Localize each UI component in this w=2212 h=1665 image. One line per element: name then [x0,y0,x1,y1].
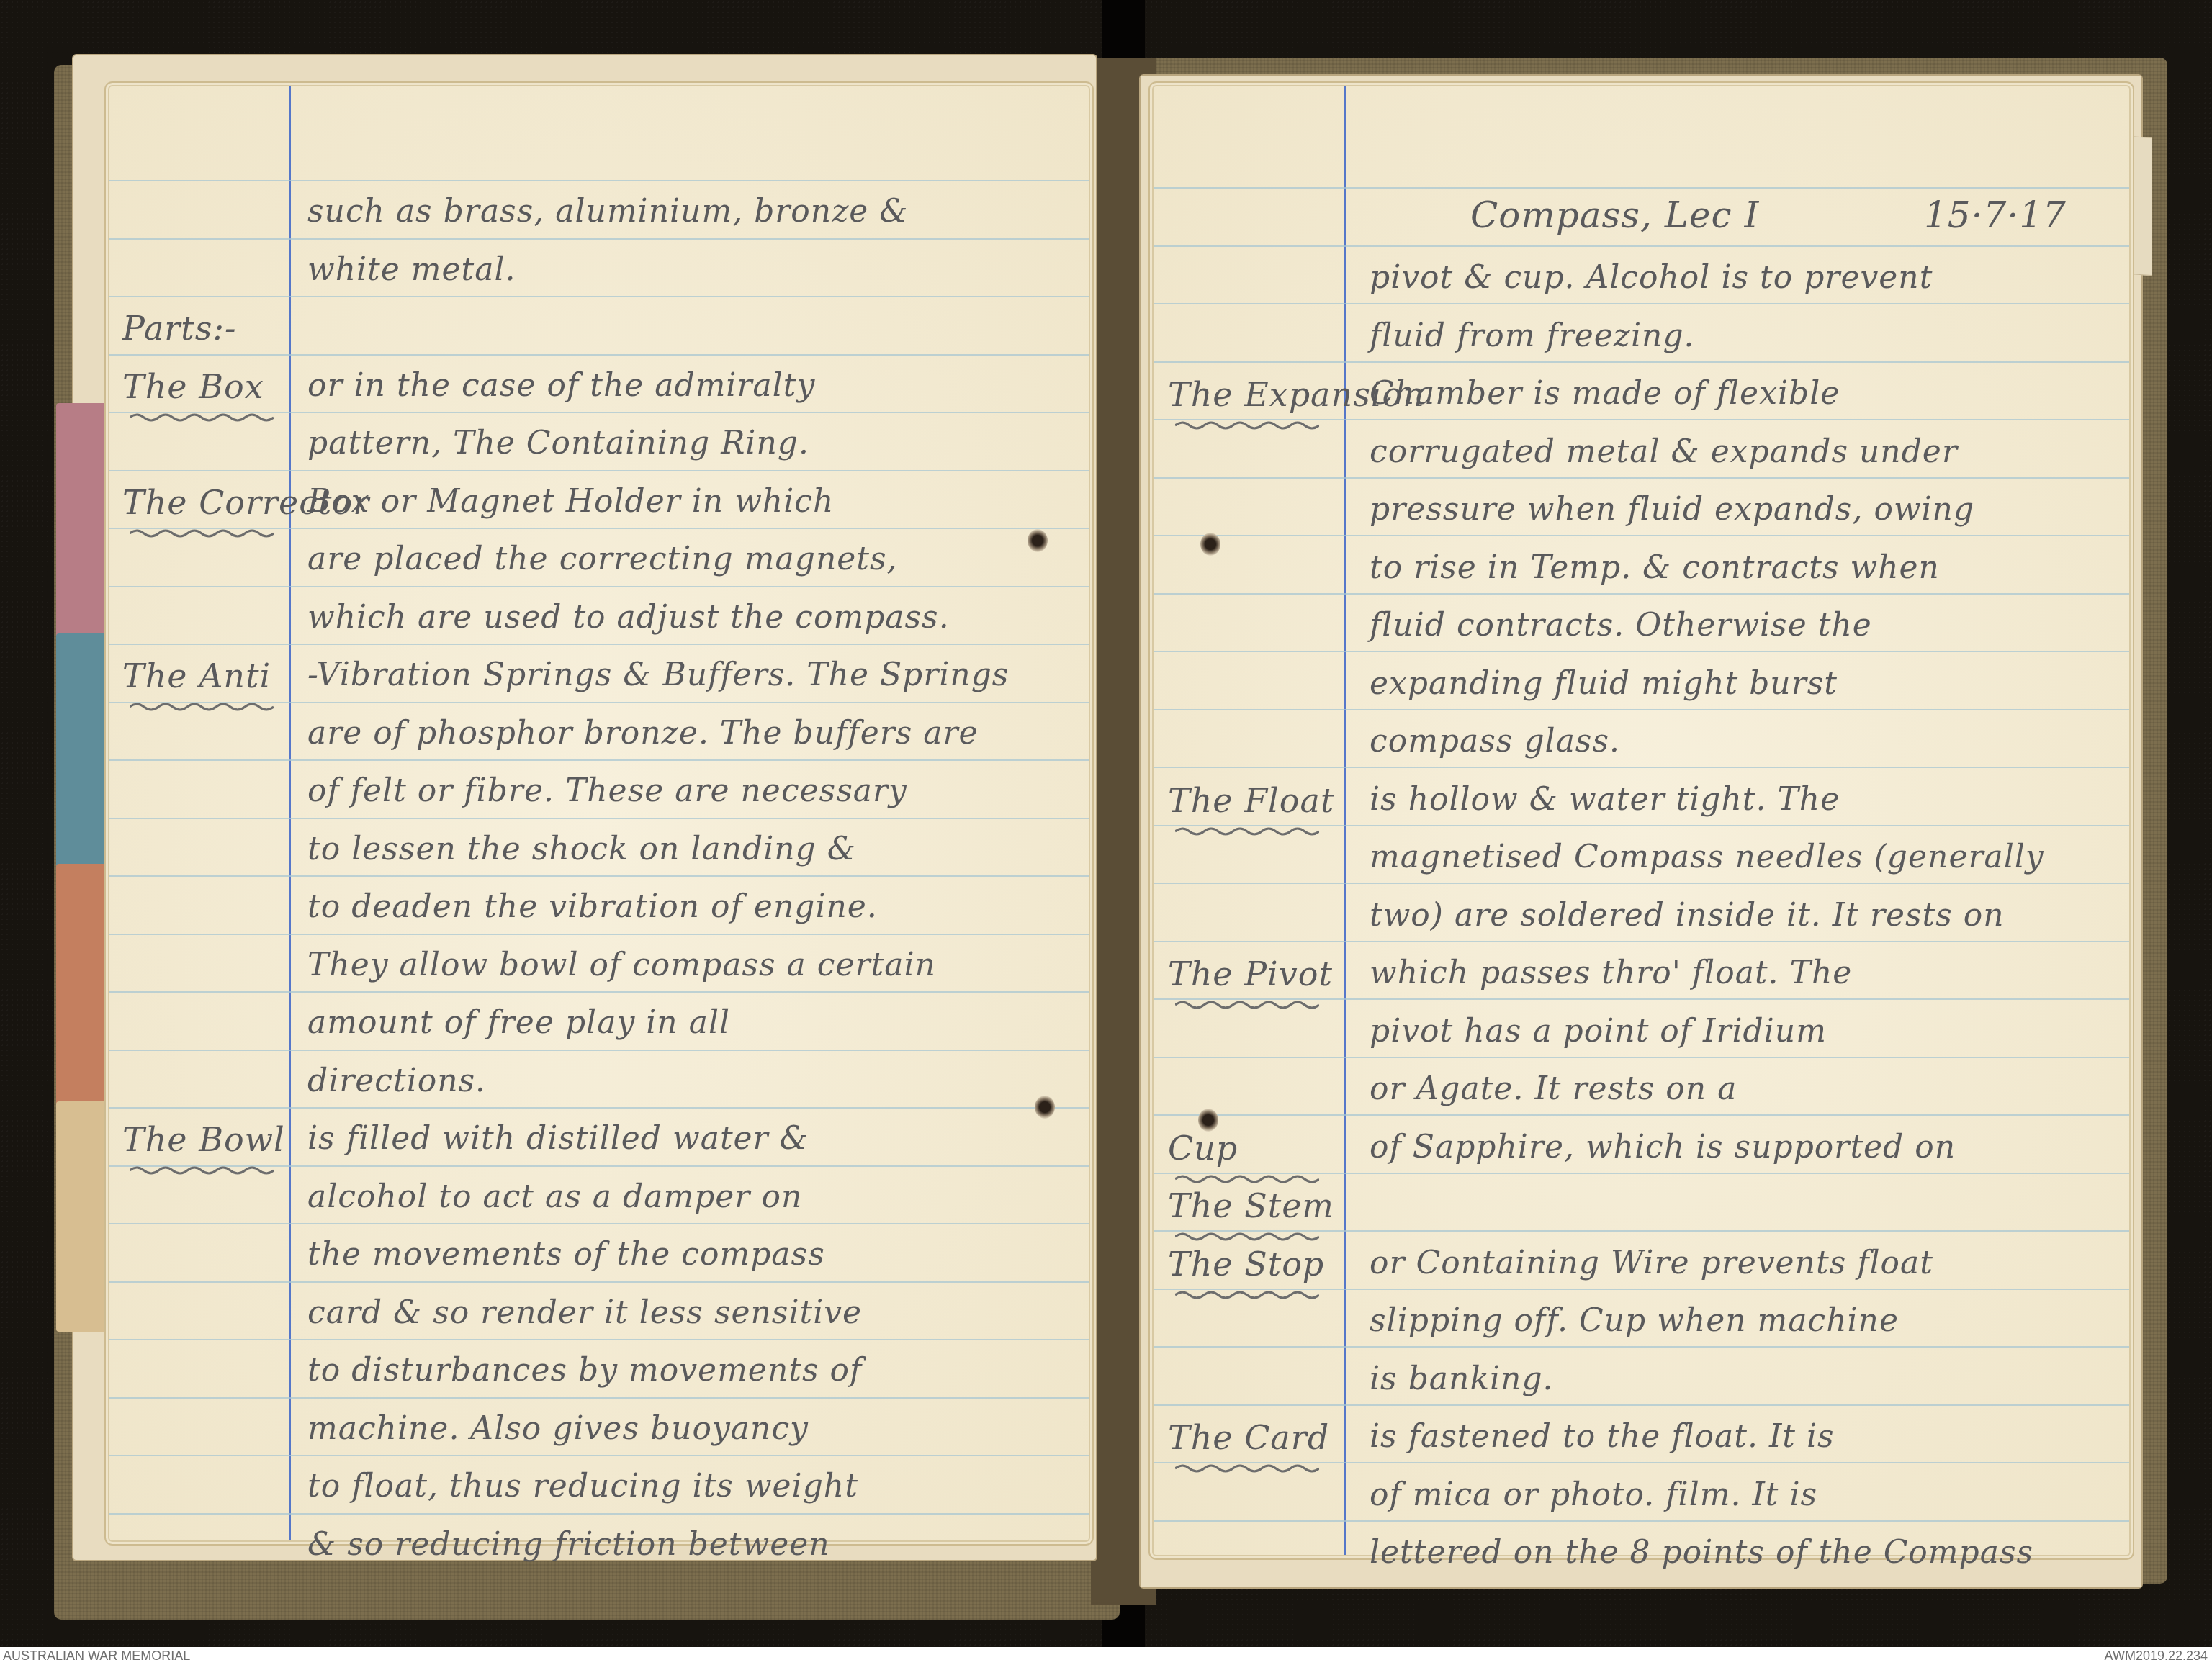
ruled-line [1154,361,2129,363]
margin-heading: The Stop [1168,1245,1324,1283]
handwritten-line: to lessen the shock on landing & [307,831,856,867]
ruled-line [1154,1057,2129,1058]
ruled-line [109,644,1089,645]
handwritten-line: pattern, The Containing Ring. [307,425,809,461]
margin-heading: The Bowl [122,1120,285,1159]
ruled-line [109,1281,1089,1283]
wavy-underline [130,528,274,542]
handwritten-line: corrugated metal & expands under [1370,433,1958,470]
ruled-line [109,238,1089,240]
handwritten-line: fluid from freezing. [1370,317,1695,354]
accession-number: AWM2019.22.234 [2105,1648,2208,1664]
index-tab-orange [56,864,107,1109]
ruled-line [109,354,1089,356]
ruled-line [109,759,1089,761]
institution-label: AUSTRALIAN WAR MEMORIAL [3,1648,190,1664]
ruled-line [1154,535,2129,536]
wavy-underline [1175,1231,1319,1245]
handwritten-line: Chamber is made of flexible [1370,375,1840,412]
index-tab-blue [56,633,107,871]
margin-line [1344,86,1346,1555]
ruled-line [109,470,1089,471]
handwritten-line: are of phosphor bronze. The buffers are [307,715,979,752]
handwritten-line: of mica or photo. film. It is [1370,1476,1817,1513]
ruled-line [1154,1114,2129,1116]
notebook-page-right: Compass, Lec I 15·7·17 pivot & cup. Alco… [1152,85,2131,1556]
margin-heading: The Stem [1168,1186,1334,1225]
handwritten-line: card & so render it less sensitive [307,1294,862,1331]
handwritten-line: to disturbances by movements of [307,1352,862,1389]
page-date: 15·7·17 [1924,194,2067,236]
margin-heading: The Card [1168,1418,1329,1457]
notebook-page-left: such as brass, aluminium, bronze &white … [108,85,1090,1542]
handwritten-line: or Containing Wire prevents float [1370,1245,1933,1281]
ruled-line [109,586,1089,587]
index-tab-pink [56,403,107,641]
ruled-line [109,991,1089,993]
ruled-line [1154,593,2129,595]
ruled-line [109,1513,1089,1515]
wavy-underline [1175,826,1319,840]
page-heading: Compass, Lec I [1470,194,1759,236]
handwritten-line: which are used to adjust the compass. [307,599,950,636]
handwritten-line: is hollow & water tight. The [1370,781,1840,818]
handwritten-line: pivot & cup. Alcohol is to prevent [1370,259,1933,296]
punch-hole [1198,1109,1218,1132]
ruled-line [109,1455,1089,1456]
wavy-underline [1175,1173,1319,1188]
wavy-underline [1175,420,1319,434]
margin-heading: The Float [1168,781,1334,820]
wavy-underline [1175,999,1319,1014]
handwritten-line: magnetised Compass needles (generally [1370,839,2044,875]
ruled-line [1154,883,2129,884]
punch-hole [1035,1096,1055,1119]
punch-hole [1200,533,1220,556]
handwritten-line: expanding fluid might burst [1370,665,1838,702]
handwritten-line: is banking. [1370,1361,1554,1397]
margin-line [289,86,291,1540]
margin-heading: The Anti [122,656,271,695]
ruled-line [1154,1520,2129,1522]
margin-heading: Cup [1168,1129,1238,1168]
ruled-line [109,934,1089,935]
handwritten-line: or Agate. It rests on a [1370,1070,1737,1107]
ruled-line [1154,767,2129,768]
handwritten-line: slipping off. Cup when machine [1370,1302,1899,1339]
margin-heading: The Pivot [1168,955,1333,993]
wavy-underline [130,701,274,716]
handwritten-line: white metal. [307,251,516,288]
ruled-line [109,1107,1089,1109]
ruled-line [109,1339,1089,1340]
handwritten-line: to float, thus reducing its weight [307,1468,858,1504]
handwritten-line: fluid contracts. Otherwise the [1370,607,1872,644]
archive-footer: AUSTRALIAN WAR MEMORIAL AWM2019.22.234 [0,1647,2212,1665]
inserted-paper-slip [2128,136,2152,276]
handwritten-line: to rise in Temp. & contracts when [1370,549,1940,586]
handwritten-line: is filled with distilled water & [307,1120,809,1157]
handwritten-line: the movements of the compass [307,1236,825,1273]
wavy-underline [1175,1463,1319,1477]
handwritten-line: lettered on the 8 points of the Compass [1370,1534,2033,1571]
handwritten-line: Box or Magnet Holder in which [307,483,834,520]
handwritten-line: such as brass, aluminium, bronze & [307,193,909,230]
handwritten-line: of Sapphire, which is supported on [1370,1129,1956,1165]
ruled-line [1154,245,2129,247]
ruled-line [1154,941,2129,942]
ruled-line [109,1050,1089,1051]
handwritten-line: alcohol to act as a damper on [307,1178,802,1215]
handwritten-line: to deaden the vibration of engine. [307,888,878,925]
handwritten-line: machine. Also gives buoyancy [307,1410,809,1447]
handwritten-line: compass glass. [1370,723,1620,759]
ruled-line [109,1397,1089,1399]
handwritten-line: of felt or fibre. These are necessary [307,772,907,809]
wavy-underline [130,1165,274,1179]
ruled-line [1154,651,2129,652]
handwritten-line: amount of free play in all [307,1004,730,1041]
handwritten-line: directions. [307,1062,486,1099]
ruled-line [1154,1346,2129,1348]
ruled-line [1154,1404,2129,1406]
ruled-line [109,180,1089,181]
handwritten-line: -Vibration Springs & Buffers. The Spring… [307,656,1009,693]
handwritten-line: & so reducing friction between [307,1526,830,1563]
ruled-line [1154,303,2129,304]
punch-hole [1028,529,1048,552]
ruled-line [1154,709,2129,710]
handwritten-line: are placed the correcting magnets, [307,541,898,577]
handwritten-line: They allow bowl of compass a certain [307,947,936,983]
handwritten-line: pressure when fluid expands, owing [1370,491,1974,528]
index-tab-tan [56,1101,107,1332]
wavy-underline [1175,1289,1319,1304]
wavy-underline [130,412,274,426]
handwritten-line: is fastened to the float. It is [1370,1418,1835,1455]
ruled-line [109,875,1089,877]
margin-heading: Parts:- [122,309,236,348]
ruled-line [1154,187,2129,189]
ruled-line [109,1223,1089,1224]
handwritten-line: two) are soldered inside it. It rests on [1370,897,2005,934]
ruled-line [1154,477,2129,479]
handwritten-line: which passes thro' float. The [1370,955,1852,991]
ruled-line [109,818,1089,819]
handwritten-line: or in the case of the admiralty [307,367,815,404]
handwritten-line: pivot has a point of Iridium [1370,1013,1827,1050]
margin-heading: The Box [122,367,264,406]
ruled-line [109,296,1089,297]
